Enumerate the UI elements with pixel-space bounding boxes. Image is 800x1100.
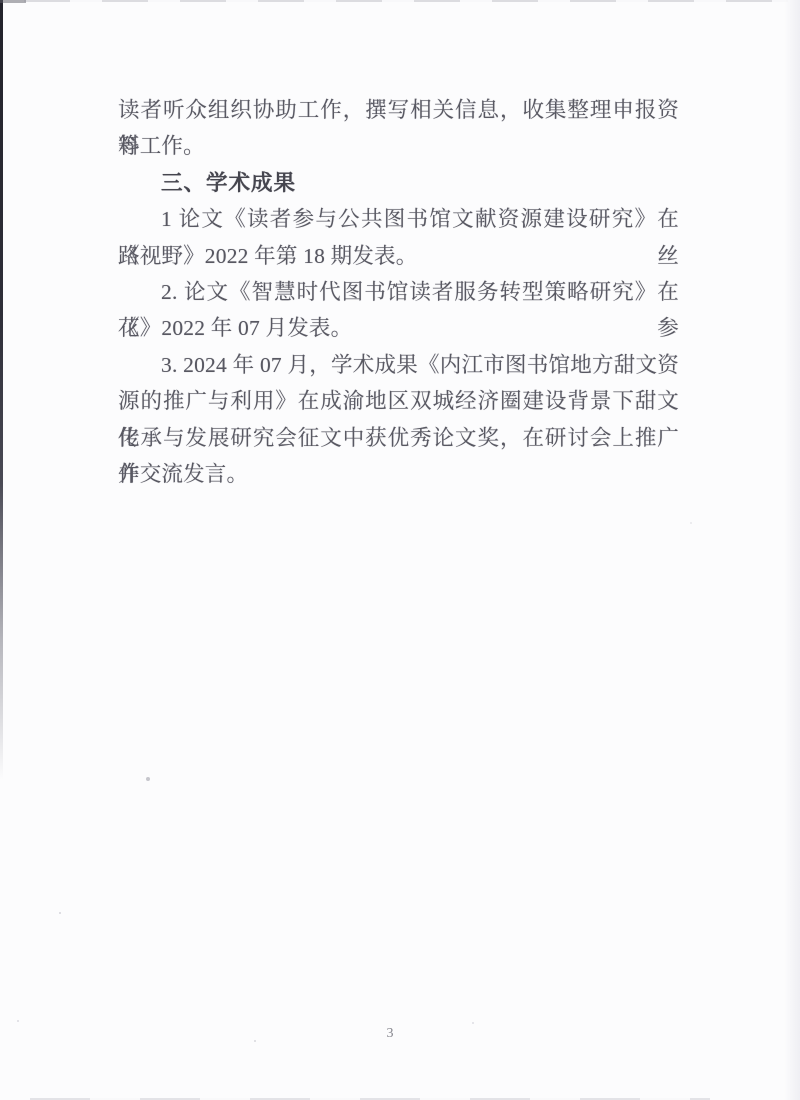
scan-right-shading	[784, 0, 800, 1100]
scan-speckle	[17, 1020, 19, 1022]
scan-speckle	[146, 777, 150, 781]
text-line: 1 论文《读者参与公共图书馆文献资源建设研究》在《丝	[118, 201, 679, 237]
scanned-document-page: 读者听众组织协助工作，撰写相关信息，收集整理申报资料等工作。三、学术成果1 论文…	[0, 0, 800, 1100]
text-line: 作交流发言。	[118, 456, 679, 492]
text-line: 2. 论文《智慧时代图书馆读者服务转型策略研究》在《参	[118, 274, 679, 310]
scan-speckle	[690, 522, 692, 524]
text-line: 3. 2024 年 07 月，学术成果《内江市图书馆地方甜文资	[118, 347, 679, 383]
scan-edge-line-left	[0, 0, 3, 780]
text-line: 源的推广与利用》在成渝地区双城经济圈建设背景下甜文化	[118, 383, 679, 419]
text-line: 读者听众组织协助工作，撰写相关信息，收集整理申报资料	[118, 92, 679, 128]
document-body-text: 读者听众组织协助工作，撰写相关信息，收集整理申报资料等工作。三、学术成果1 论文…	[118, 92, 679, 492]
scan-speckle	[472, 1022, 474, 1024]
scan-edge-smudge-top	[24, 0, 788, 2]
text-line: 传承与发展研究会征文中获优秀论文奖，在研讨会上推广并	[118, 420, 679, 456]
scan-speckle	[254, 1040, 256, 1042]
text-line: 等工作。	[118, 128, 679, 164]
page-number: 3	[381, 1024, 399, 1044]
scan-speckle	[59, 912, 61, 914]
section-heading: 三、学术成果	[118, 165, 679, 201]
scan-corner-smudge	[0, 0, 26, 3]
